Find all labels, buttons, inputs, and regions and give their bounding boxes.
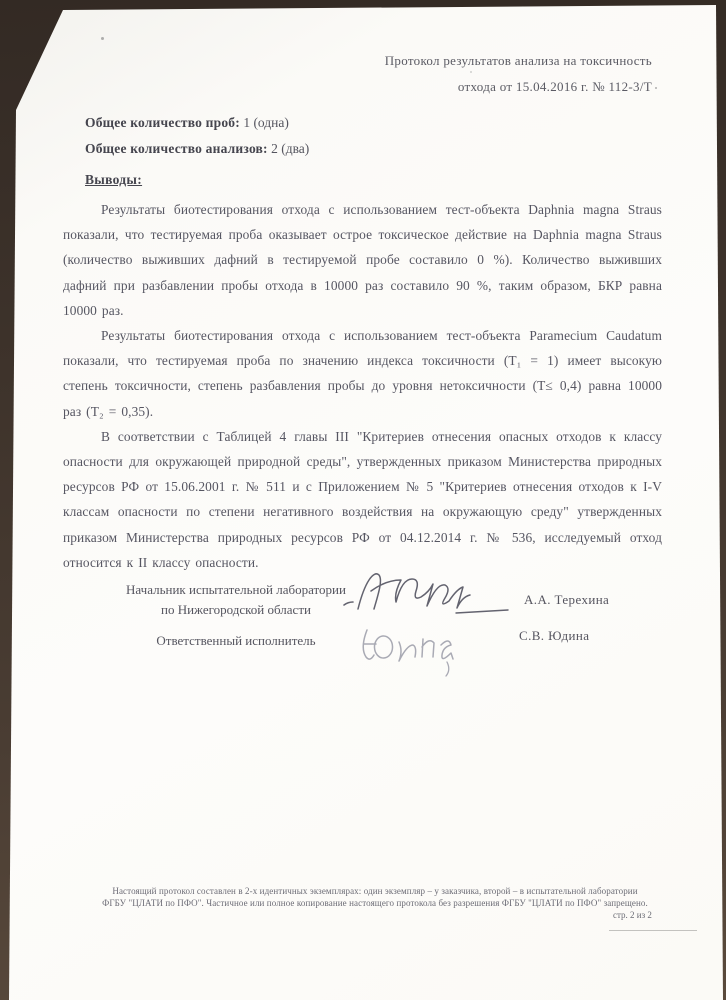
page-number: стр. 2 из 2 [613,910,652,920]
analyses-count-row: Общее количество анализов: 2 (два) [85,136,309,162]
signatory-role-line2: по Нижегородской области [116,600,356,620]
footer-note-line2: ФГБУ "ЦЛАТИ по ПФО". Частичное или полно… [100,898,650,910]
scan-artifact-line [609,930,697,931]
paragraph-hazard-class: В соответствии с Таблицей 4 главы III "К… [63,424,662,575]
samples-count-value: 1 (одна) [243,115,289,130]
signature-autograph-yudina [357,620,469,678]
scanned-document: Протокол результатов анализа на токсично… [0,0,726,1000]
doc-header: Протокол результатов анализа на токсично… [385,48,652,100]
doc-title-line2: отхода от 15.04.2016 г. № 112-3/Т [385,74,652,100]
signatory-role-line1: Ответственный исполнитель [116,631,356,651]
footer-note: Настоящий протокол составлен в 2-х идент… [100,886,650,909]
counts-block: Общее количество проб: 1 (одна) Общее ко… [85,110,309,162]
signatory-role-line1: Начальник испытательной лаборатории [116,580,356,600]
samples-count-row: Общее количество проб: 1 (одна) [85,110,309,136]
signatory-name-yudina: С.В. Юдина [519,628,589,644]
analyses-count-label: Общее количество анализов: [85,141,268,156]
signatory-role-executor: Ответственный исполнитель [116,631,356,651]
footer-note-line1: Настоящий протокол составлен в 2-х идент… [100,886,650,898]
paragraph-daphnia: Результаты биотестирования отхода с испо… [63,197,662,323]
doc-title-line1: Протокол результатов анализа на токсично… [385,48,652,74]
signatory-name-terekhina: А.А. Терехина [524,592,609,608]
scan-speck [101,37,104,40]
analyses-count-value: 2 (два) [271,141,309,156]
signature-autograph-terekhina [338,567,516,619]
signatory-role-head-of-lab: Начальник испытательной лаборатории по Н… [116,580,356,620]
scan-speck [655,87,657,89]
paragraph-paramecium: Результаты биотестирования отхода с испо… [63,323,662,424]
conclusions-body: Результаты биотестирования отхода с испо… [63,197,662,575]
conclusions-heading: Выводы: [85,172,142,188]
samples-count-label: Общее количество проб: [85,115,240,130]
